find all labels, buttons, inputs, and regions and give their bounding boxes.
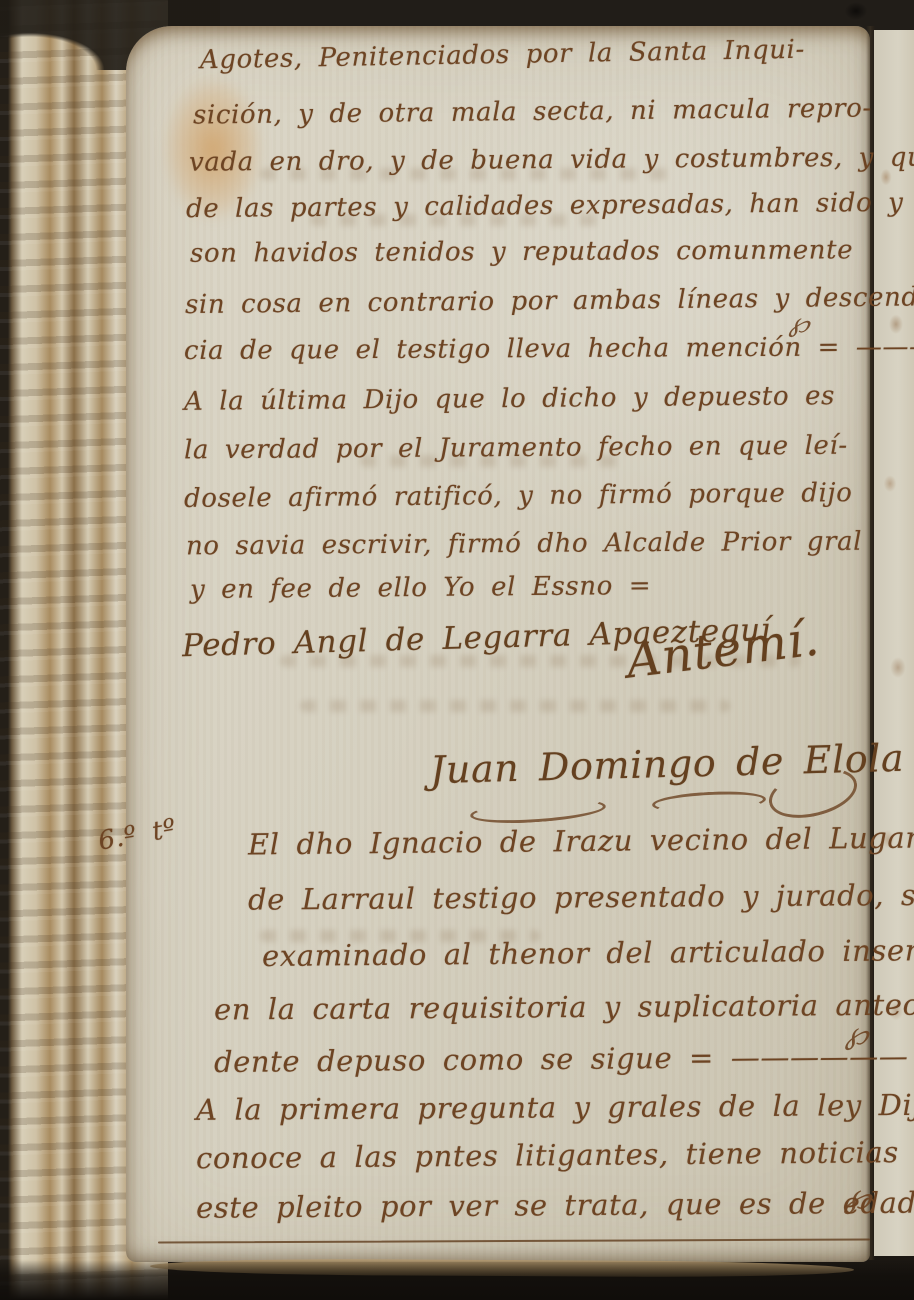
manuscript-line: dosele afirmó ratificó, y no firmó porqu… xyxy=(184,478,853,514)
manuscript-line: vada en dro, y de buena vida y costumbre… xyxy=(189,142,914,177)
manuscript-line: en la carta requisitoria y suplicatoria … xyxy=(214,987,914,1026)
manuscript-line: la verdad por el Juramento fecho en que … xyxy=(184,431,848,466)
manuscript-line: de las partes y calidades expresadas, ha… xyxy=(186,188,904,224)
manuscript-line: A la primera pregunta y grales de la ley… xyxy=(196,1087,914,1127)
manuscript-line: este pleito por ver se trata, que es de … xyxy=(196,1185,914,1224)
manuscript-line: son havidos tenidos y reputados comunmen… xyxy=(190,235,853,268)
manuscript-line: A la última Dijo que lo dicho y depuesto… xyxy=(184,381,835,417)
ink-showthrough xyxy=(300,700,730,712)
paraph-flourish: ℘ xyxy=(844,1013,870,1053)
bottom-shadow xyxy=(0,1260,914,1300)
manuscript-line: El dho Ignacio de Irazu vecino del Lugar xyxy=(248,820,914,861)
manuscript-line: no savia escrivir, firmó dho Alcalde Pri… xyxy=(186,527,862,562)
manuscript-line: y en fee de ello Yo el Essno = xyxy=(190,571,651,605)
manuscript-line: dente depuso como se sigue = —————— xyxy=(214,1039,909,1079)
manuscript-line: de Larraul testigo presentado y jurado, … xyxy=(248,877,914,916)
manuscript-line: conoce a las pntes litigantes, tiene not… xyxy=(196,1135,914,1176)
manuscript-line: examinado al thenor del articulado inser… xyxy=(262,933,914,973)
paraph-flourish: ℘ xyxy=(788,305,812,340)
top-edge-dark-spot xyxy=(842,0,870,22)
manuscript-photo: Agotes, Penitenciados por la Santa Inqui… xyxy=(0,0,914,1300)
